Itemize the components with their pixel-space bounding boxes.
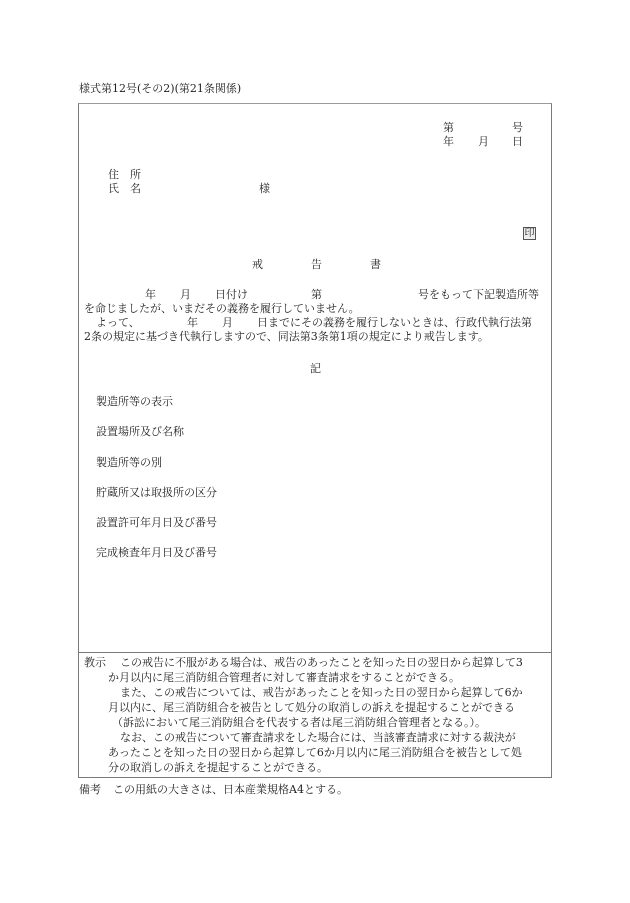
- body-month: 月: [180, 288, 191, 301]
- body-dated: 日付け: [215, 288, 248, 301]
- notice-line: あったことを知った日の翌日から起算して6か月以内に尾三消防組合を被告として処: [108, 746, 522, 759]
- title-char-2: 告: [311, 258, 322, 271]
- notice-line: 月以内に、尾三消防組合を被告として処分の取消しの訴えを提起することができる: [108, 701, 515, 714]
- notice-line: この戒告に不服がある場合は、戒告のあったことを知った日の翌日から起算して3: [120, 656, 523, 669]
- body-year: 年: [145, 288, 156, 301]
- notice-label: 教示: [84, 656, 106, 669]
- body-line4: 2条の規定に基づき代執行しますので、同法第3条第1項の規定により戒告します。: [84, 330, 489, 343]
- date-day: 日: [512, 135, 523, 148]
- body-number-prefix: 第: [311, 288, 322, 301]
- address-label: 住 所: [108, 168, 141, 181]
- remarks-text: この用紙の大きさは、日本産業規格A4とする。: [113, 783, 348, 796]
- number-suffix: 号: [512, 121, 523, 134]
- notice-line: なお、この戒告について審査請求をした場合には、当該審査請求に対する裁決が: [120, 731, 516, 744]
- date-month: 月: [478, 135, 489, 148]
- body-line2: を命じましたが、いまだその義務を履行していません。: [84, 302, 360, 315]
- name-label: 氏 名: [108, 182, 141, 195]
- body-line3-month: 月: [222, 316, 233, 329]
- notice-line: か月以内に尾三消防組合管理者に対して審査請求をすることができる。: [108, 671, 460, 684]
- form-id: 様式第12号(その2)(第21条関係): [79, 82, 241, 95]
- item-inspection-date: 完成検査年月日及び番号: [96, 546, 217, 559]
- ki-heading: 記: [310, 362, 321, 375]
- number-prefix: 第: [443, 121, 454, 134]
- notice-divider: [78, 652, 552, 653]
- item-location-name: 設置場所及び名称: [96, 425, 184, 438]
- item-facility-type: 製造所等の別: [96, 456, 162, 469]
- date-year: 年: [443, 135, 454, 148]
- item-storage-category: 貯蔵所又は取扱所の区分: [96, 486, 217, 499]
- body-line3-tail: 日までにその義務を履行しないときは、行政代執行法第: [257, 316, 532, 329]
- body-line1-tail: 号をもって下記製造所等: [418, 288, 539, 301]
- notice-line: また、この戒告については、戒告があったことを知った日の翌日から起算して6か: [120, 686, 523, 699]
- item-permit-date: 設置許可年月日及び番号: [96, 516, 217, 529]
- notice-line: 分の取消しの訴えを提起することができる。: [108, 761, 328, 774]
- title-char-3: 書: [370, 258, 381, 271]
- item-facility-display: 製造所等の表示: [96, 395, 173, 408]
- body-line3-year: 年: [187, 316, 198, 329]
- seal-icon: 印: [523, 227, 536, 240]
- title-char-1: 戒: [252, 258, 263, 271]
- body-line3-start: よって、: [96, 316, 140, 329]
- notice-line: （訴訟において尾三消防組合を代表する者は尾三消防組合管理者となる。）。: [112, 716, 486, 729]
- honorific: 様: [259, 182, 270, 195]
- remarks-label: 備考: [79, 783, 101, 796]
